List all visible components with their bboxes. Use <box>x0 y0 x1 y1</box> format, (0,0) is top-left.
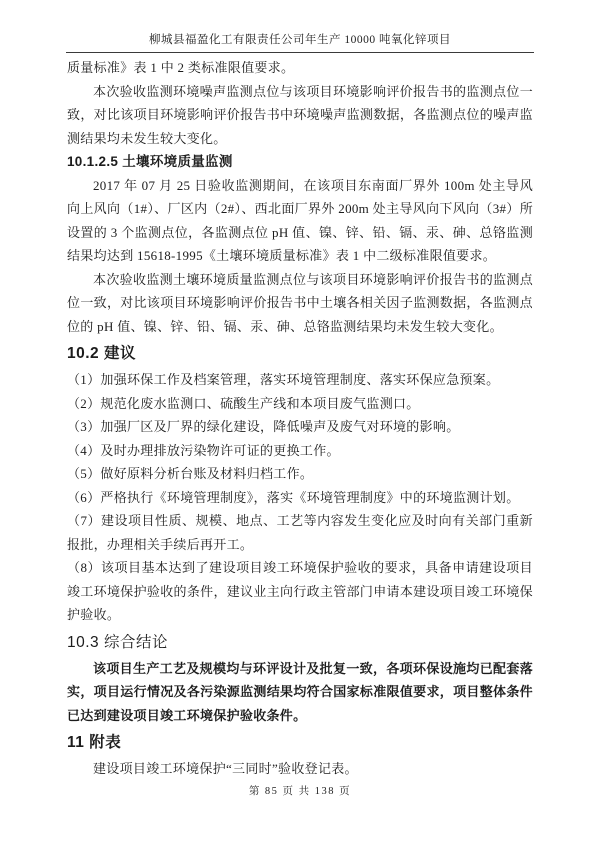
paragraph-continuation: 质量标准》表 1 中 2 类标准限值要求。 <box>67 56 533 80</box>
page-footer: 第 85 页 共 138 页 <box>0 783 600 798</box>
paragraph-appendix: 建设项目竣工环境保护“三同时”验收登记表。 <box>67 757 533 781</box>
page-header: 柳城县福盈化工有限责任公司年生产 10000 吨氧化锌项目 <box>0 0 600 53</box>
suggestion-item-6: （6）严格执行《环境管理制度》，落实《环境管理制度》中的环境监测计划。 <box>67 486 533 510</box>
suggestion-item-5: （5）做好原料分析台账及材料归档工作。 <box>67 462 533 486</box>
heading-overall-conclusion: 10.3 综合结论 <box>67 631 533 655</box>
heading-appendix: 11 附表 <box>67 731 533 755</box>
paragraph-soil-monitoring: 2017 年 07 月 25 日验收监测期间，在该项目东南面厂界外 100m 处… <box>67 174 533 268</box>
document-page: 柳城县福盈化工有限责任公司年生产 10000 吨氧化锌项目 质量标准》表 1 中… <box>0 0 600 848</box>
suggestion-item-4: （4）及时办理排放污染物许可证的更换工作。 <box>67 439 533 463</box>
heading-suggestions: 10.2 建议 <box>67 342 533 366</box>
header-title: 柳城县福盈化工有限责任公司年生产 10000 吨氧化锌项目 <box>0 33 600 47</box>
heading-soil-quality-monitoring: 10.1.2.5 土壤环境质量监测 <box>67 150 533 174</box>
suggestion-item-2: （2）规范化废水监测口、硫酸生产线和本项目废气监测口。 <box>67 392 533 416</box>
suggestion-item-7: （7）建设项目性质、规模、地点、工艺等内容发生变化应及时向有关部门重新报批，办理… <box>67 509 533 556</box>
paragraph-overall-conclusion: 该项目生产工艺及规模均与环评设计及批复一致，各项环保设施均已配套落实，项目运行情… <box>67 657 533 728</box>
paragraph-soil-comparison: 本次验收监测土壤环境质量监测点位与该项目环境影响评价报告书的监测点位一致，对比该… <box>67 268 533 339</box>
document-body: 质量标准》表 1 中 2 类标准限值要求。 本次验收监测环境噪声监测点位与该项目… <box>0 53 600 781</box>
paragraph-noise-monitoring: 本次验收监测环境噪声监测点位与该项目环境影响评价报告书的监测点位一致，对比该项目… <box>67 80 533 151</box>
suggestion-item-3: （3）加强厂区及厂界的绿化建设，降低噪声及废气对环境的影响。 <box>67 415 533 439</box>
suggestion-item-8: （8）该项目基本达到了建设项目竣工环境保护验收的要求，具备申请建设项目竣工环境保… <box>67 556 533 627</box>
suggestion-item-1: （1）加强环保工作及档案管理，落实环境管理制度、落实环保应急预案。 <box>67 368 533 392</box>
